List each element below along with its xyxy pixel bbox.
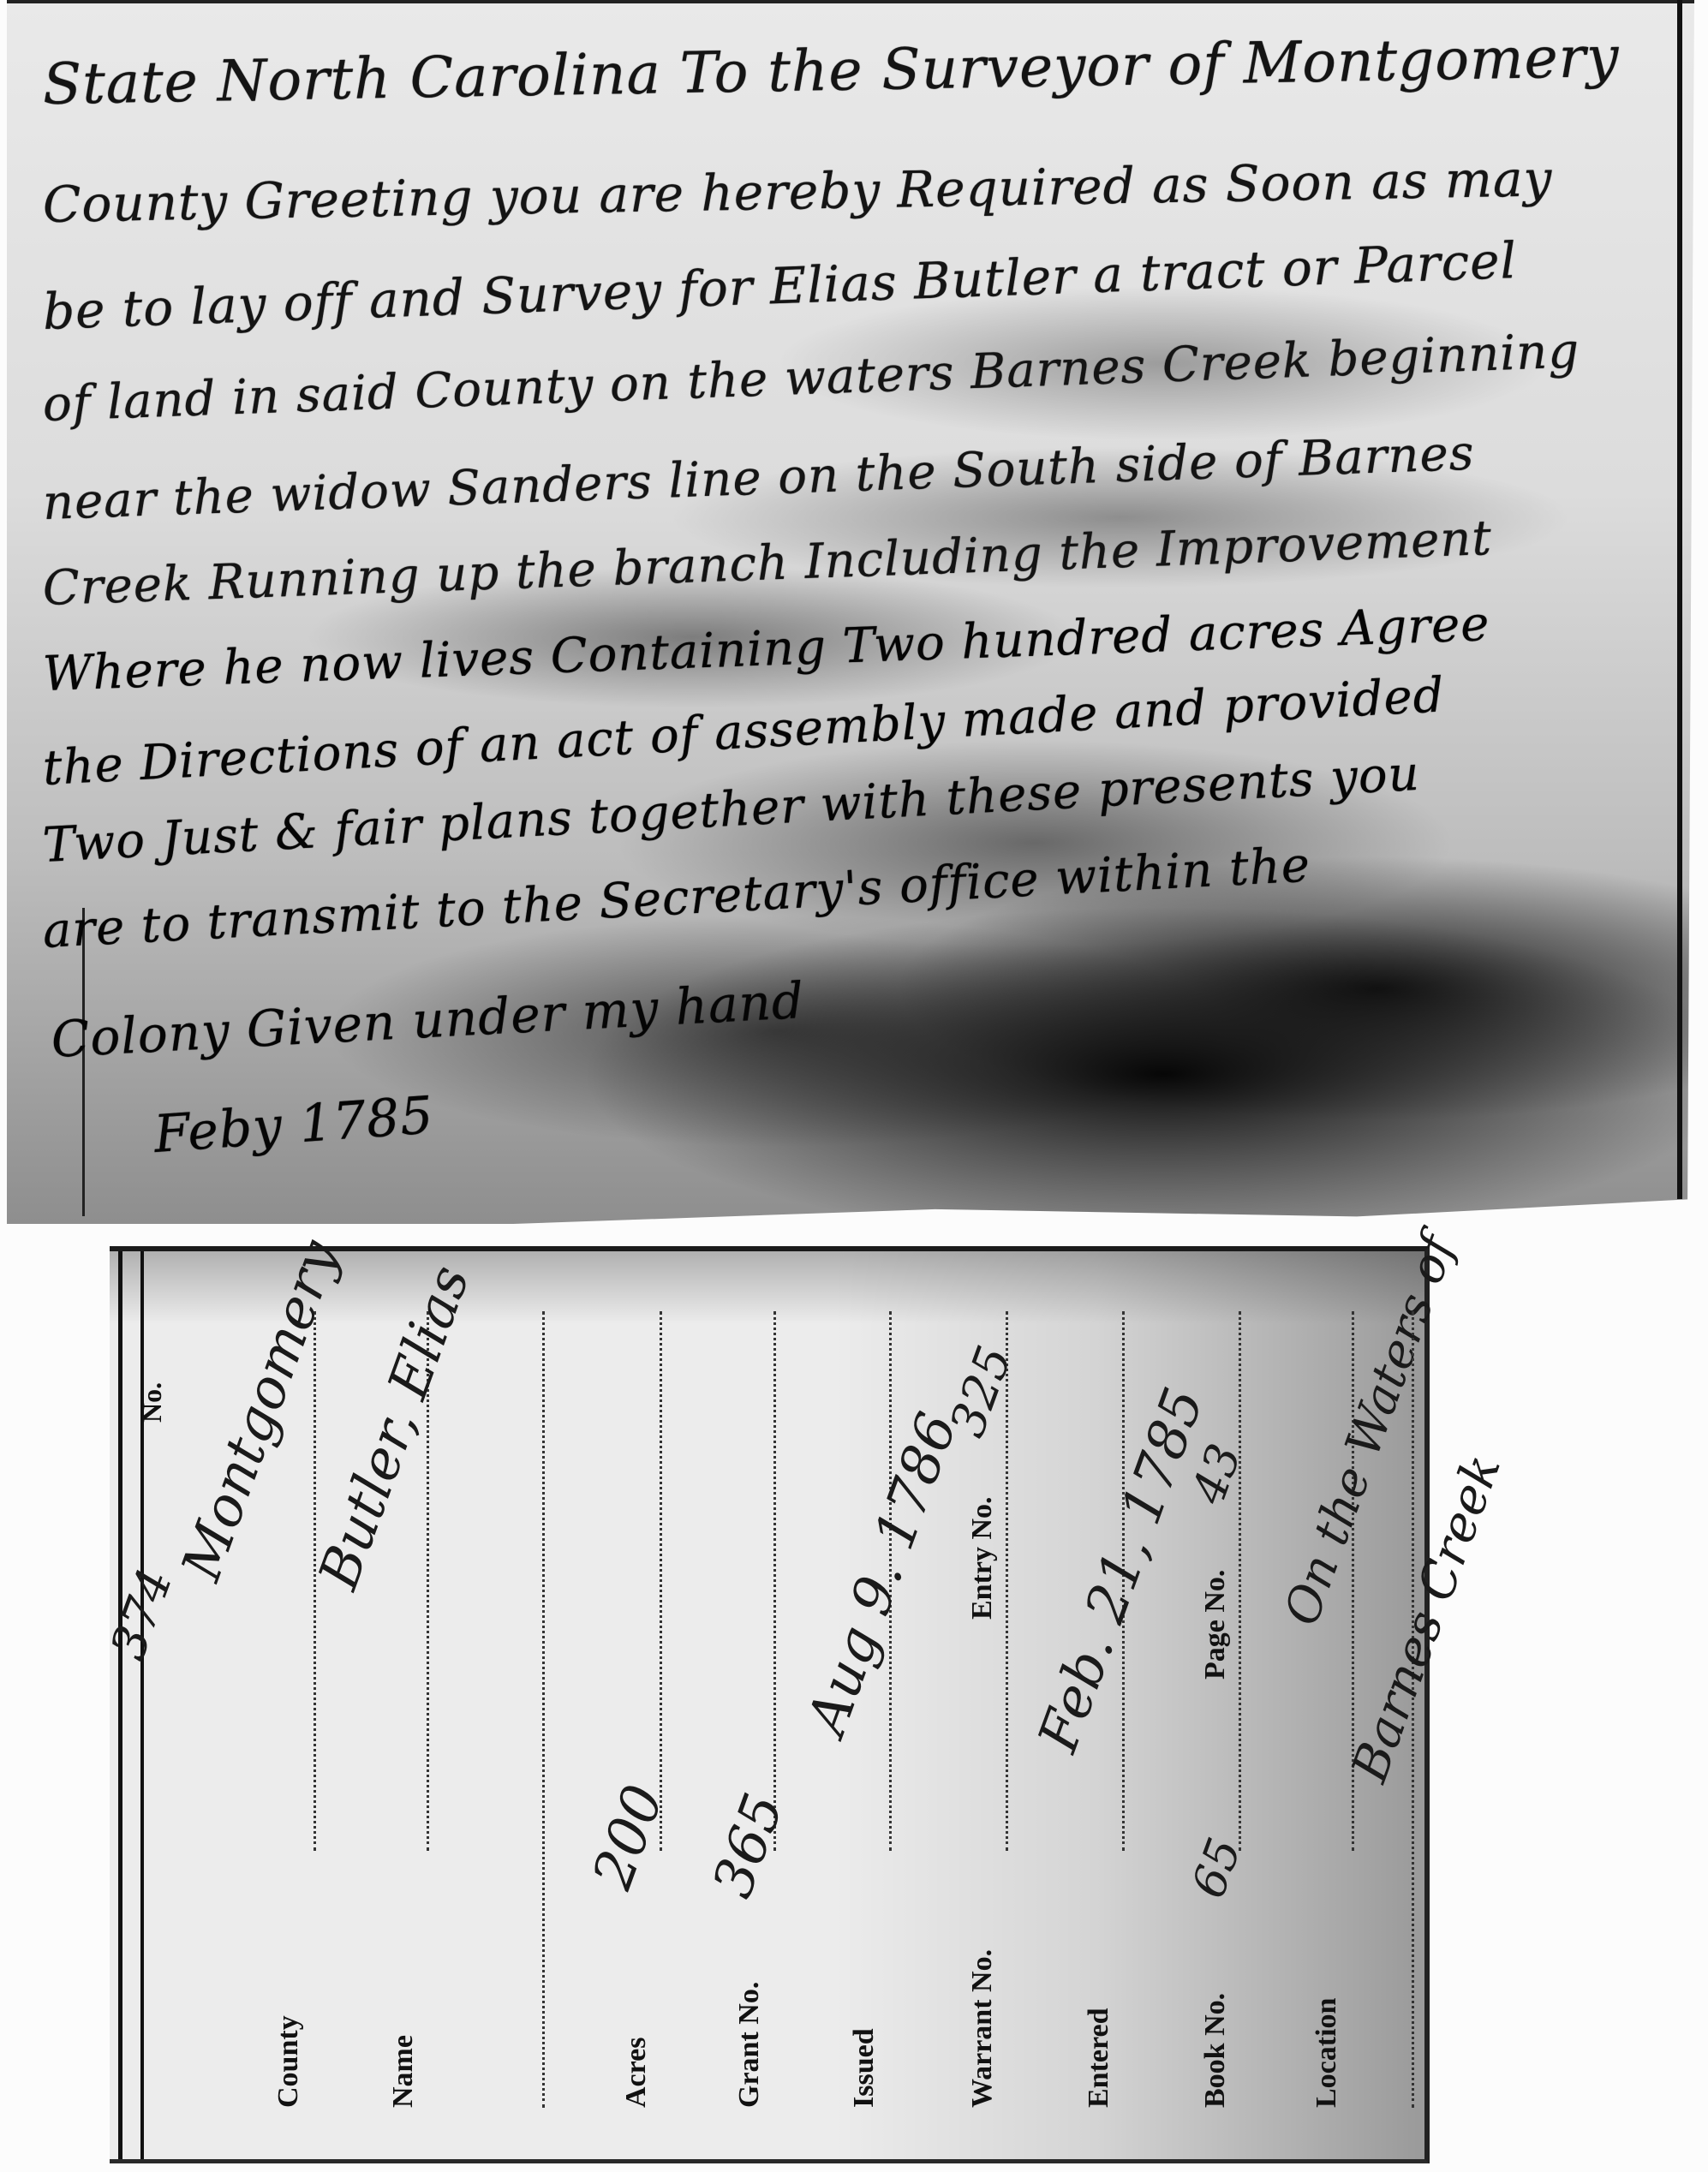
field-rule <box>773 1311 776 1851</box>
field-rule <box>314 1311 316 1851</box>
card-border-rule <box>118 1251 122 2159</box>
field-value-entry-no: 325 <box>940 1339 1024 1444</box>
field-label-issued: Issued <box>848 2028 881 2108</box>
field-label-grant-no: Grant No. <box>733 1982 766 2108</box>
field-label-entry-no: Entry No. <box>966 1496 999 1620</box>
field-label-acres: Acres <box>620 2038 653 2108</box>
field-value-grant-no: 365 <box>701 1786 796 1906</box>
field-value-name: Butler, Elias <box>307 1257 482 1597</box>
field-label-county: County <box>272 2015 305 2108</box>
card-number-label: No. <box>136 1382 168 1423</box>
field-rule <box>660 1311 662 1851</box>
field-label-page-no: Page No. <box>1199 1570 1232 1680</box>
field-value-issued: Aug 9. 1786 <box>795 1405 970 1743</box>
field-label-book-no: Book No. <box>1199 1993 1232 2108</box>
grant-index-card: No. 374 County Montgomery Name Butler, E… <box>110 1246 1430 2163</box>
field-value-book-no: 65 <box>1181 1831 1252 1905</box>
field-value-acres: 200 <box>581 1777 676 1897</box>
field-rule <box>1239 1311 1241 1851</box>
field-rule-blank <box>542 1311 545 2108</box>
scanned-document-page: State North Carolina To the Surveyor of … <box>0 0 1708 2172</box>
card-number-value: 374 <box>100 1561 184 1667</box>
field-label-entered: Entered <box>1083 2008 1115 2108</box>
field-label-name: Name <box>387 2035 420 2108</box>
warrant-border-right <box>1677 0 1682 1199</box>
field-label-warrant-no: Warrant No. <box>966 1949 999 2108</box>
field-label-location: Location <box>1311 1998 1343 2108</box>
